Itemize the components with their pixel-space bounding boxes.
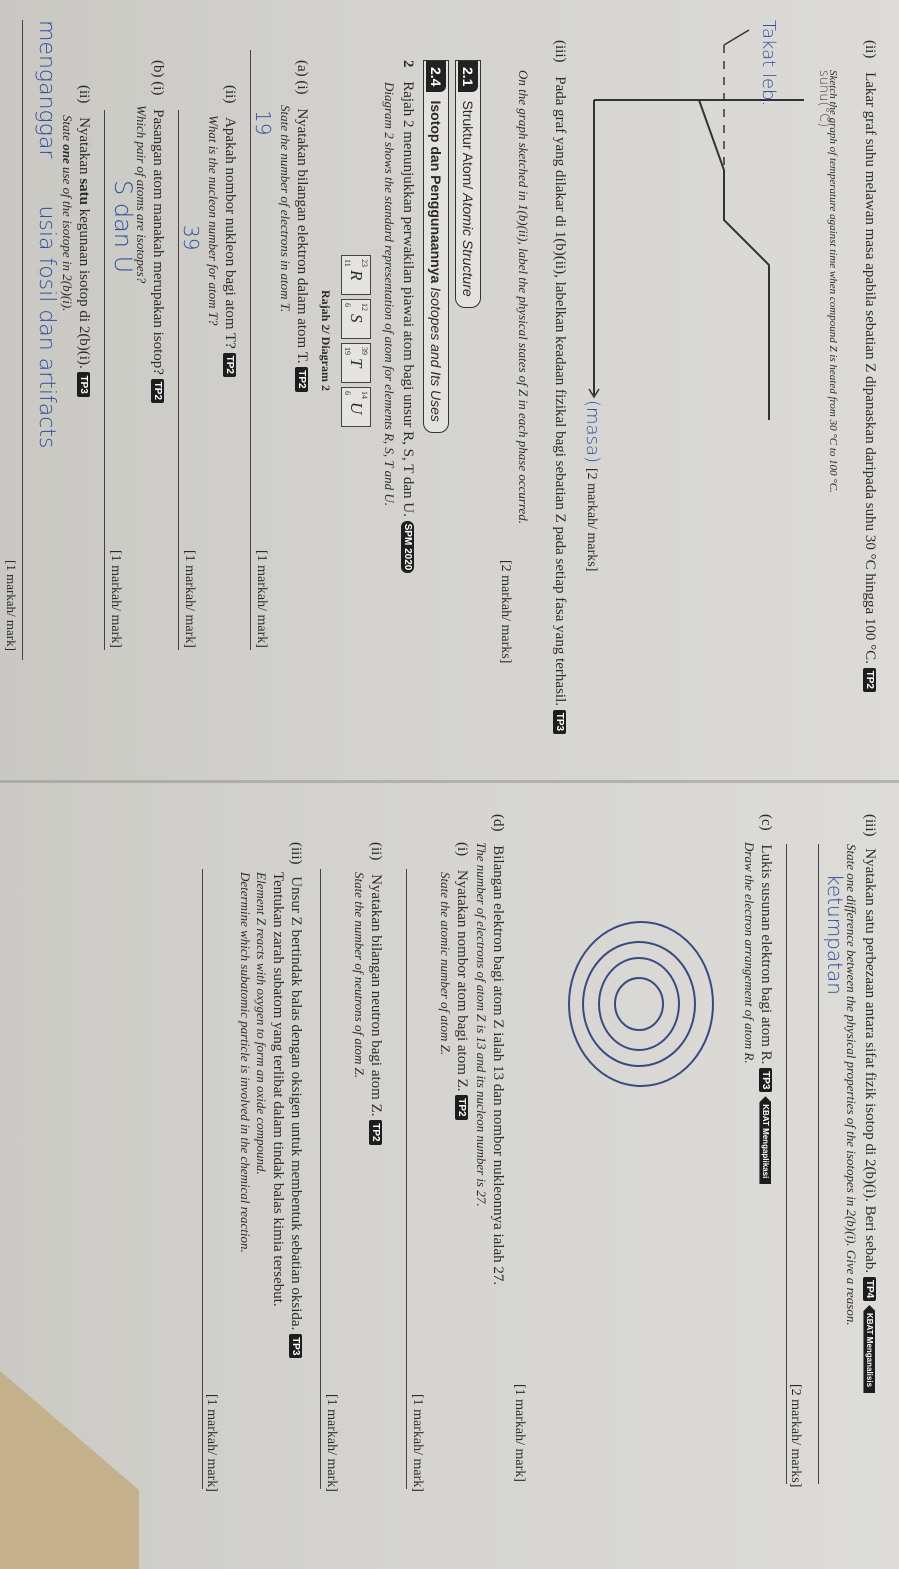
diagram-2-atoms: 23R1112S639T1914U6 (341, 255, 371, 427)
question-label: (i) (454, 842, 470, 856)
atom-symbol-s: 12S6 (341, 299, 371, 339)
question-text-ms: Bilangan elektron bagi atom Z ialah 13 d… (490, 845, 506, 1285)
topic-2-4: 2.4 Isotop dan Penggunaannya Isotopes an… (423, 60, 449, 433)
tp-badge: TP3 (553, 710, 566, 734)
question-2: 2 Rajah 2 menunjukkan perwakilan piawai … (399, 60, 417, 760)
atom-symbol-r: 23R11 (341, 255, 371, 295)
question-text-ms: Nyatakan bilangan elektron dalam atom T. (294, 108, 310, 363)
question-2d-ii-en: State the number of neutrons of atom Z. (351, 872, 367, 1078)
marks-2a-i: [1 markah/ mark] (253, 550, 269, 648)
answer-line (178, 110, 179, 650)
nucleon-number: 39 (360, 347, 369, 355)
marks-1b-iii: [2 markah/ marks] (497, 560, 513, 663)
answer-2b-iii[interactable]: ketumpatan (823, 874, 847, 995)
question-label: (b) (i) (150, 60, 166, 95)
element-symbol: T (346, 358, 366, 367)
atom-symbol-u: 14U6 (341, 387, 371, 427)
question-2a-ii-en: What is the nucleon number for atom T? (205, 115, 221, 326)
tp-badge: TP4 (863, 1277, 876, 1301)
question-2d-iii-en1: Element Z reacts with oxygen to form an … (253, 872, 269, 1175)
marks-2b-iii: [2 markah/ marks] (787, 1384, 803, 1487)
question-2a-ii: (ii) Apakah nombor nukleon bagi atom T? … (221, 85, 239, 377)
question-2-en: Diagram 2 shows the standard representat… (381, 82, 397, 782)
topic-2-1: 2.1 Struktur Atom/ Atomic Structure (455, 60, 481, 308)
question-2a-i-en: State the number of electrons in atom T. (277, 105, 293, 312)
answer-line (818, 844, 819, 1484)
question-1b-iii-en: On the graph sketched in 1(b)(ii), label… (515, 70, 531, 770)
nucleon-number: 14 (360, 391, 369, 399)
topic-title-ms: Struktur Atom/ (460, 100, 476, 189)
question-2b-ii-en: State one use of the isotope in 2(b)(i). (59, 115, 75, 311)
marks-1b-ii: [2 markah/ marks] (583, 468, 599, 571)
marks-2d-iii: [1 markah/ mark] (203, 1394, 219, 1492)
question-label: (iii) (288, 842, 304, 865)
question-label: (ii) (222, 85, 238, 103)
question-2d-ii: (ii) Nyatakan bilangan neutron bagi atom… (367, 842, 385, 1145)
question-2d: (d) Bilangan elektron bagi atom Z ialah … (489, 814, 507, 1285)
tp-badge: TP2 (295, 367, 308, 391)
atom-symbol-t: 39T19 (341, 343, 371, 383)
answer-line (22, 20, 23, 660)
topic-number: 2.1 (458, 61, 478, 92)
answer-text: usia fosil dan artifacts (34, 205, 59, 448)
question-text-en-bold: one (60, 144, 75, 164)
marks-2b-ii: [1 markah/ mark] (3, 560, 19, 651)
right-page: (iii) Nyatakan satu perbezaan antara sif… (0, 784, 899, 1569)
question-label: (ii) (368, 842, 384, 860)
answer-2b-ii[interactable]: menganggar usia fosil dan artifacts (34, 20, 59, 448)
question-2d-iii-ms2: Tentukan zarah subatom yang terlibat dal… (269, 872, 287, 1307)
question-2b-ii: (ii) Nyatakan satu kegunaan isotop di 2(… (75, 85, 93, 397)
question-text-ms: Unsur Z bertindak balas dengan oksigen u… (288, 876, 304, 1330)
handwritten-x-axis-label: (masa) (582, 400, 603, 463)
answer-text: menganggar (34, 20, 59, 158)
question-label: (ii) (76, 85, 92, 103)
tp-badge: TP2 (455, 1095, 468, 1119)
page-gutter (0, 780, 899, 783)
question-text-ms-bold: satu (76, 178, 92, 205)
question-text-en: use of the isotope in 2(b)(i). (60, 164, 75, 312)
question-text-ms: Rajah 2 menunjukkan perwakilan piawai at… (400, 81, 416, 517)
proton-number: 6 (343, 303, 352, 307)
question-2d-iii: (iii) Unsur Z bertindak balas dengan oks… (287, 842, 305, 1562)
question-text-ms: Pada graf yang dilakar di 1(b)(ii), labe… (552, 76, 568, 706)
question-2d-iii-en2: Determine which subatomic particle is in… (237, 872, 253, 1253)
marks-2a-ii: [1 markah/ mark] (181, 550, 197, 648)
question-text-en: State (60, 115, 75, 144)
tp-badge: TP3 (77, 372, 90, 396)
question-text-ms: Apakah nombor nukleon bagi atom T? (222, 117, 238, 349)
handwritten-melting-point: Takat leb. (758, 20, 779, 106)
question-text-ms: Pasangan atom manakah merupakan isotop? (150, 109, 166, 375)
marks-2d-ii: [1 markah/ mark] (323, 1394, 339, 1492)
tp-badge: TP2 (369, 1120, 382, 1144)
proton-number: 6 (343, 391, 352, 395)
topic-title-en: Isotopes and Its Uses (428, 287, 444, 422)
question-number: 2 (400, 60, 416, 68)
question-2b-iii: (iii) Nyatakan satu perbezaan antara sif… (861, 814, 879, 1554)
topic-title-ms: Isotop dan Penggunaannya (428, 100, 444, 283)
diagram-caption: Rajah 2/ Diagram 2 (318, 290, 333, 391)
question-label: (a) (i) (294, 60, 310, 95)
question-2b-i: (b) (i) Pasangan atom manakah merupakan … (149, 60, 167, 403)
marks-2c: [1 markah/ mark] (511, 1384, 527, 1482)
question-2a-i: (a) (i) Nyatakan bilangan elektron dalam… (293, 60, 311, 392)
question-2d-i-en: State the atomic number of atom Z. (437, 872, 453, 1055)
element-symbol: U (346, 402, 366, 414)
kbat-badge: KBAT Menganalisis (863, 1305, 875, 1393)
electron-arrangement-drawing (539, 904, 739, 1104)
kbat-badge: KBAT Mengaplikasi (759, 1096, 771, 1184)
question-text-ms: kegunaan isotop di 2(b)(i). (76, 205, 92, 369)
worksheet-photo: (ii) Lakar graf suhu melawan masa apabil… (0, 0, 899, 1569)
element-symbol: R (346, 270, 366, 280)
question-label: (d) (490, 814, 506, 832)
nucleon-number: 12 (360, 303, 369, 311)
question-1b-iii: (iii) Pada graf yang dilakar di 1(b)(ii)… (551, 40, 569, 740)
tp-badge: TP3 (759, 1068, 772, 1092)
question-2c-en: Draw the electron arrangement of atom R. (741, 842, 757, 1064)
answer-line (104, 110, 105, 650)
element-symbol: S (346, 314, 366, 323)
marks-2d-i: [1 markah/ mark] (409, 1394, 425, 1492)
question-2c: (c) Lukis susunan elektron bagi atom R. … (757, 814, 775, 1184)
question-label: (c) (758, 814, 774, 831)
question-label: (iii) (862, 814, 878, 837)
question-2d-en: The number of electrons of atom Z is 13 … (473, 842, 489, 1207)
answer-line[interactable] (320, 869, 321, 1489)
proton-number: 11 (343, 259, 352, 267)
left-page: (ii) Lakar graf suhu melawan masa apabil… (0, 0, 899, 784)
question-text-ms: Nyatakan nombor atom bagi atom Z. (454, 870, 470, 1092)
nucleon-number: 23 (360, 259, 369, 267)
answer-2b-i[interactable]: S dan U (109, 180, 137, 273)
tp-badge: TP2 (151, 379, 164, 403)
question-text-ms: Lukis susunan elektron bagi atom R. (758, 844, 774, 1064)
spm-badge: SPM 2020 (401, 521, 414, 574)
question-text-ms: Nyatakan (76, 117, 92, 178)
tp-badge: TP2 (223, 353, 236, 377)
proton-number: 19 (343, 347, 352, 355)
tp-badge: TP3 (289, 1334, 302, 1358)
topic-title-en: Atomic Structure (460, 193, 476, 296)
question-text-ms: Nyatakan bilangan neutron bagi atom Z. (368, 874, 384, 1116)
answer-line (250, 50, 251, 650)
answer-2a-i[interactable]: 19 (251, 110, 275, 135)
handwritten-y-axis-label: suhu(°C) (816, 70, 831, 127)
answer-2a-ii[interactable]: 39 (179, 225, 203, 250)
marks-2b-i: [1 markah/ mark] (107, 550, 123, 648)
answer-line[interactable] (406, 869, 407, 1489)
question-text-ms: Nyatakan satu perbezaan antara sifat fiz… (862, 848, 878, 1273)
question-label: (iii) (552, 40, 568, 63)
topic-number: 2.4 (426, 61, 446, 92)
question-2d-i: (i) Nyatakan nombor atom bagi atom Z. TP… (453, 842, 471, 1120)
